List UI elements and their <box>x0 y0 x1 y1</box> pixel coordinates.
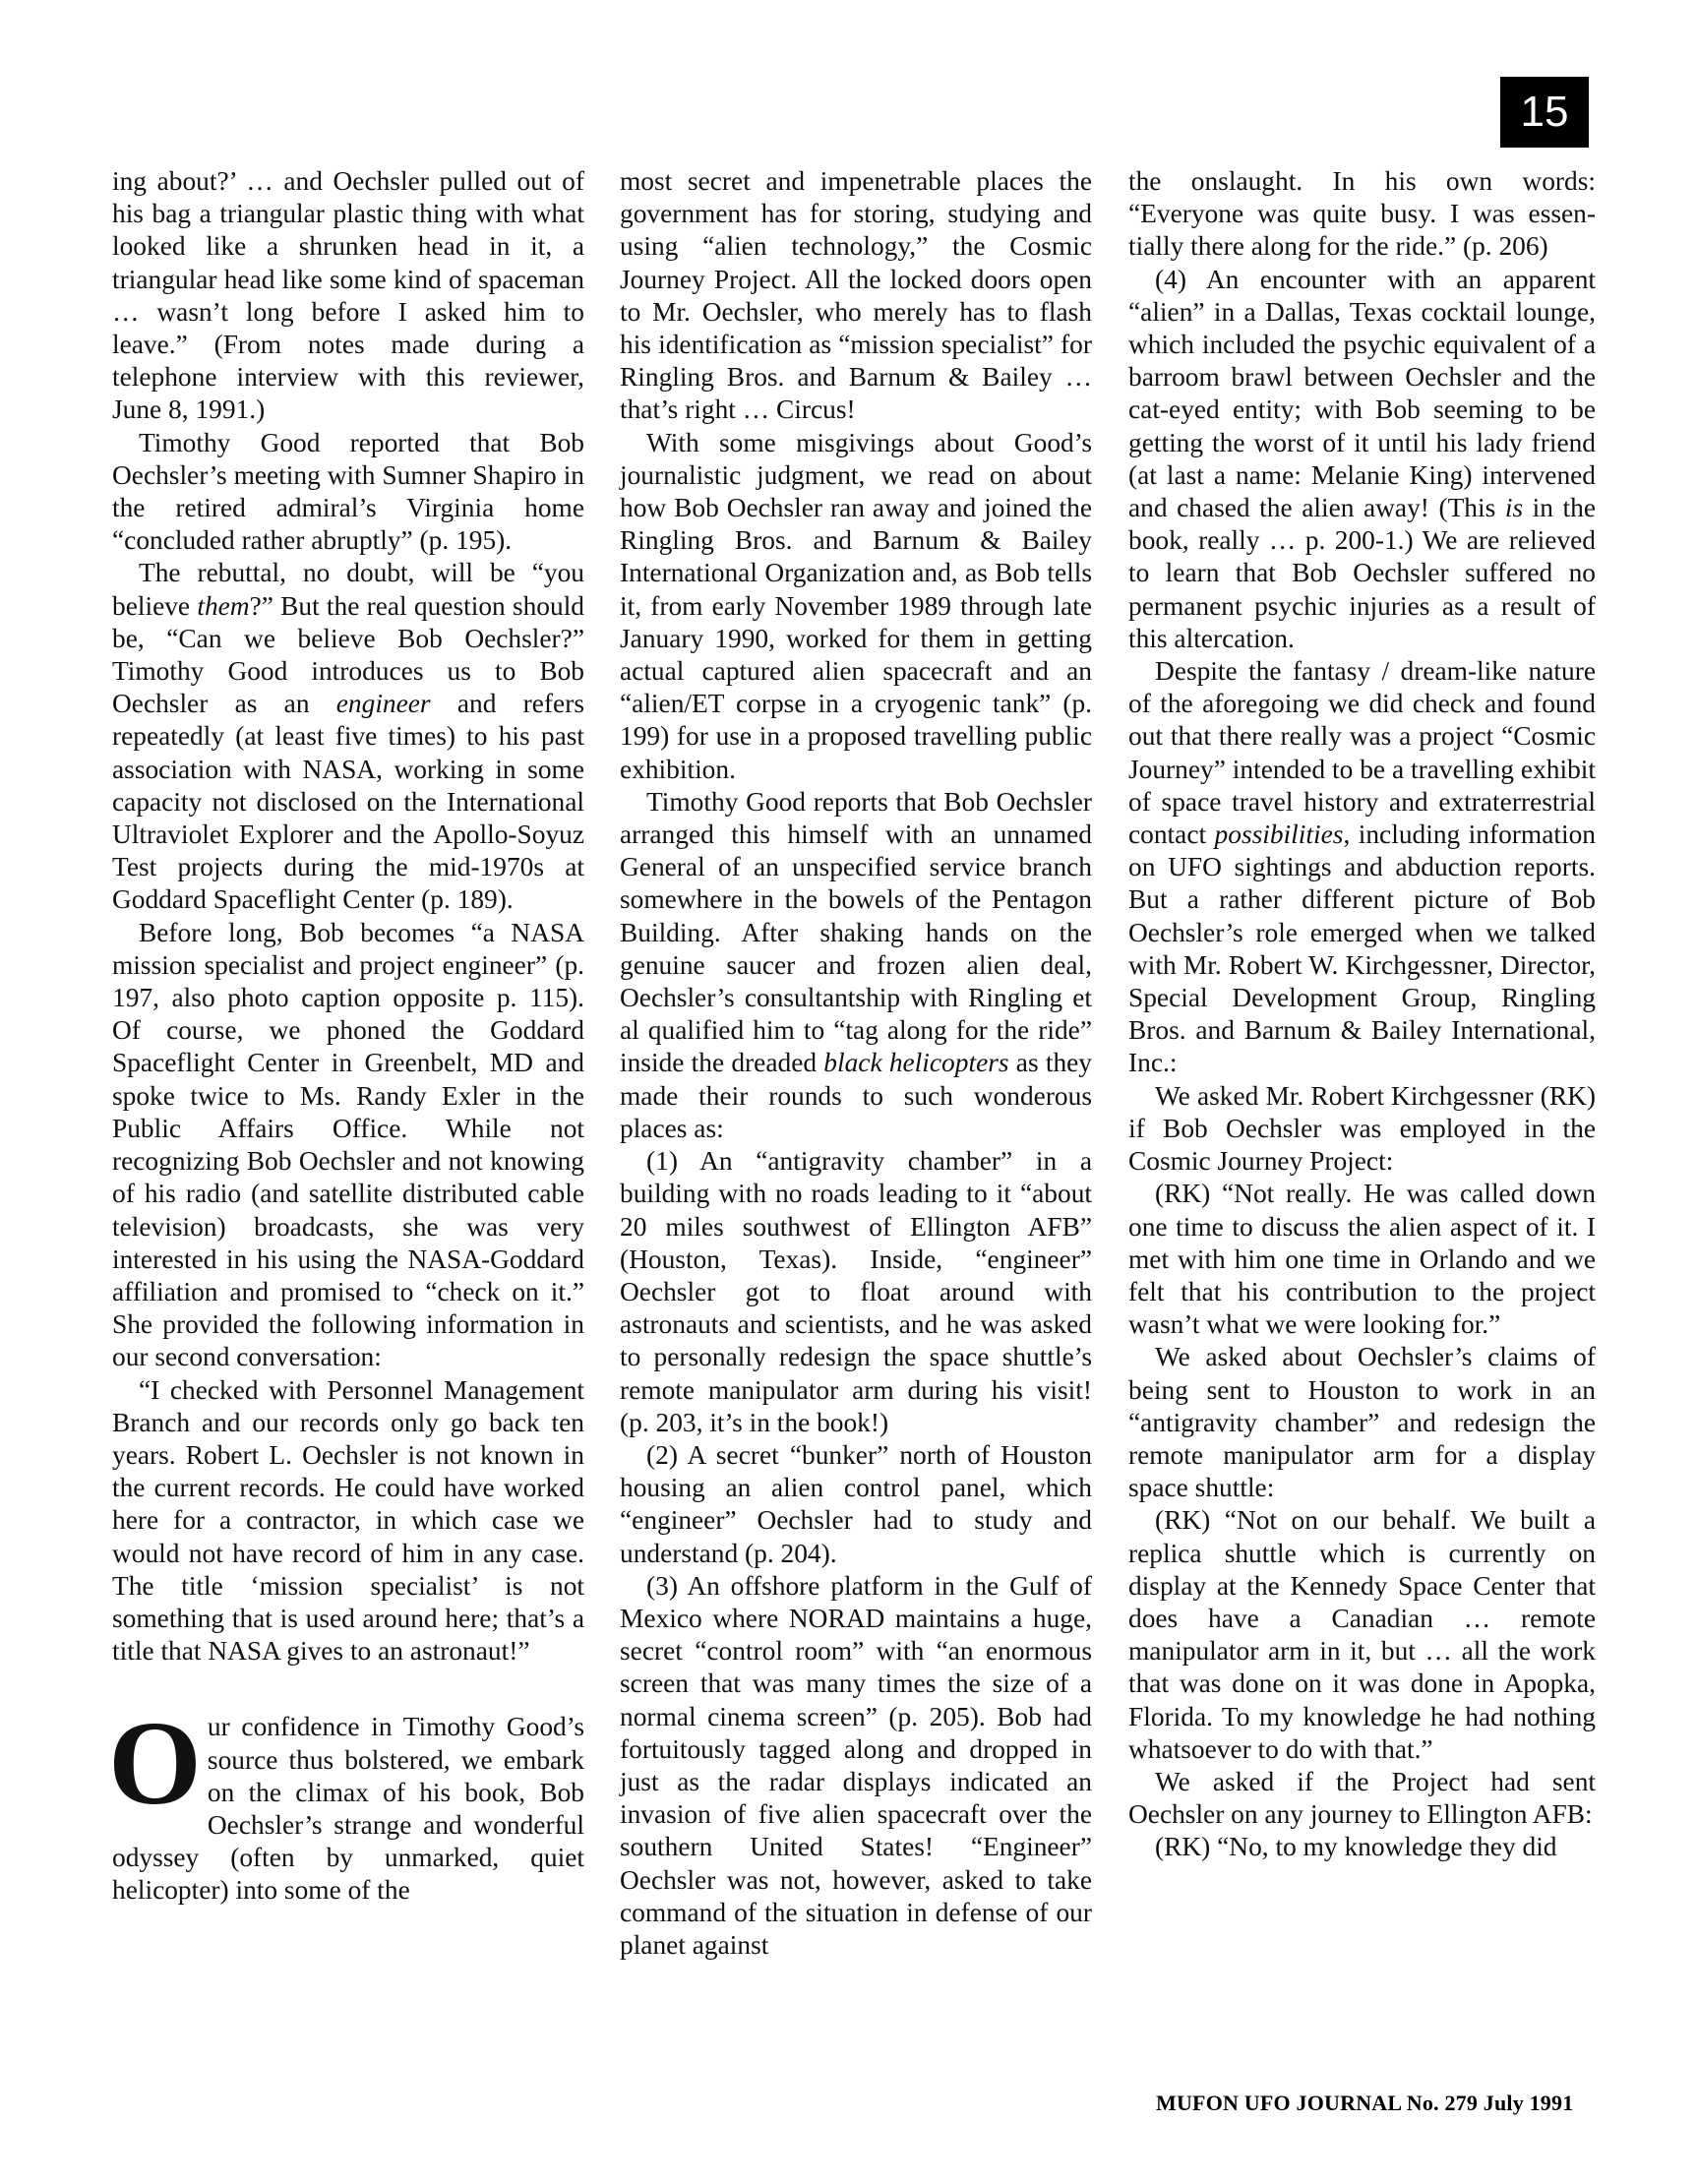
text-run: (4) An encounter with an apparent “alien… <box>1128 265 1596 522</box>
page-number-badge: 15 <box>1500 77 1589 148</box>
journal-footer: MUFON UFO JOURNAL No. 279 July 1991 <box>1156 2091 1573 2116</box>
list-paragraph-4: (4) An encounter with an apparent “alien… <box>1128 264 1596 655</box>
paragraph: most secret and impenetrable places the … <box>620 165 1092 427</box>
paragraph: the onslaught. In his own words: “Everyo… <box>1128 165 1596 264</box>
emphasis: is <box>1505 493 1523 522</box>
interview-answer: (RK) “Not on our behalf. We built a repl… <box>1128 1504 1596 1766</box>
emphasis: black helicopters <box>823 1048 1008 1077</box>
paragraph: Timothy Good reports that Bob Oechsler a… <box>620 786 1092 1145</box>
emphasis: engineer <box>336 689 431 718</box>
emphasis: possibilities <box>1215 819 1344 849</box>
article-column-right: the onslaught. In his own words: “Everyo… <box>1128 165 1596 1864</box>
section-opening-paragraph: Our confidence in Timothy Good’s source … <box>112 1711 584 1907</box>
paragraph: The rebuttal, no doubt, will be “you bel… <box>112 557 584 916</box>
text-run: Timothy Good reports that Bob Oechsler a… <box>620 787 1092 1078</box>
paragraph: ing about?’ … and Oechsler pulled out of… <box>112 165 584 427</box>
paragraph: Despite the fantasy / dream-like nature … <box>1128 655 1596 1080</box>
list-paragraph-3: (3) An offshore platform in the Gulf of … <box>620 1570 1092 1962</box>
paragraph: Before long, Bob becomes “a NASA mission… <box>112 917 584 1374</box>
interview-question: We asked Mr. Robert Kirchgessner (RK) if… <box>1128 1080 1596 1179</box>
interview-answer: (RK) “No, to my knowledge they did <box>1128 1831 1596 1863</box>
quoted-paragraph: “I checked with Personnel Manage­ment Br… <box>112 1374 584 1668</box>
interview-question: We asked about Oechsler’s claims of bein… <box>1128 1341 1596 1504</box>
interview-answer: (RK) “Not really. He was called down one… <box>1128 1178 1596 1341</box>
text-run: , including information on UFO sightings… <box>1128 819 1596 1077</box>
article-column-left: ing about?’ … and Oechsler pulled out of… <box>112 165 584 1908</box>
drop-cap: O <box>108 1717 202 1811</box>
interview-question: We asked if the Project had sent Oechsle… <box>1128 1766 1596 1831</box>
paragraph: Timothy Good reported that Bob Oechsler’… <box>112 427 584 558</box>
list-paragraph-1: (1) An “antigravity chamber” in a buildi… <box>620 1145 1092 1439</box>
text-run: and refers repeatedly (at least five tim… <box>112 689 584 914</box>
list-paragraph-2: (2) A secret “bunker” north of Houston h… <box>620 1439 1092 1570</box>
paragraph: With some misgivings about Good’s journa… <box>620 427 1092 786</box>
article-column-middle: most secret and impenetrable places the … <box>620 165 1092 1962</box>
emphasis: them <box>197 591 249 621</box>
